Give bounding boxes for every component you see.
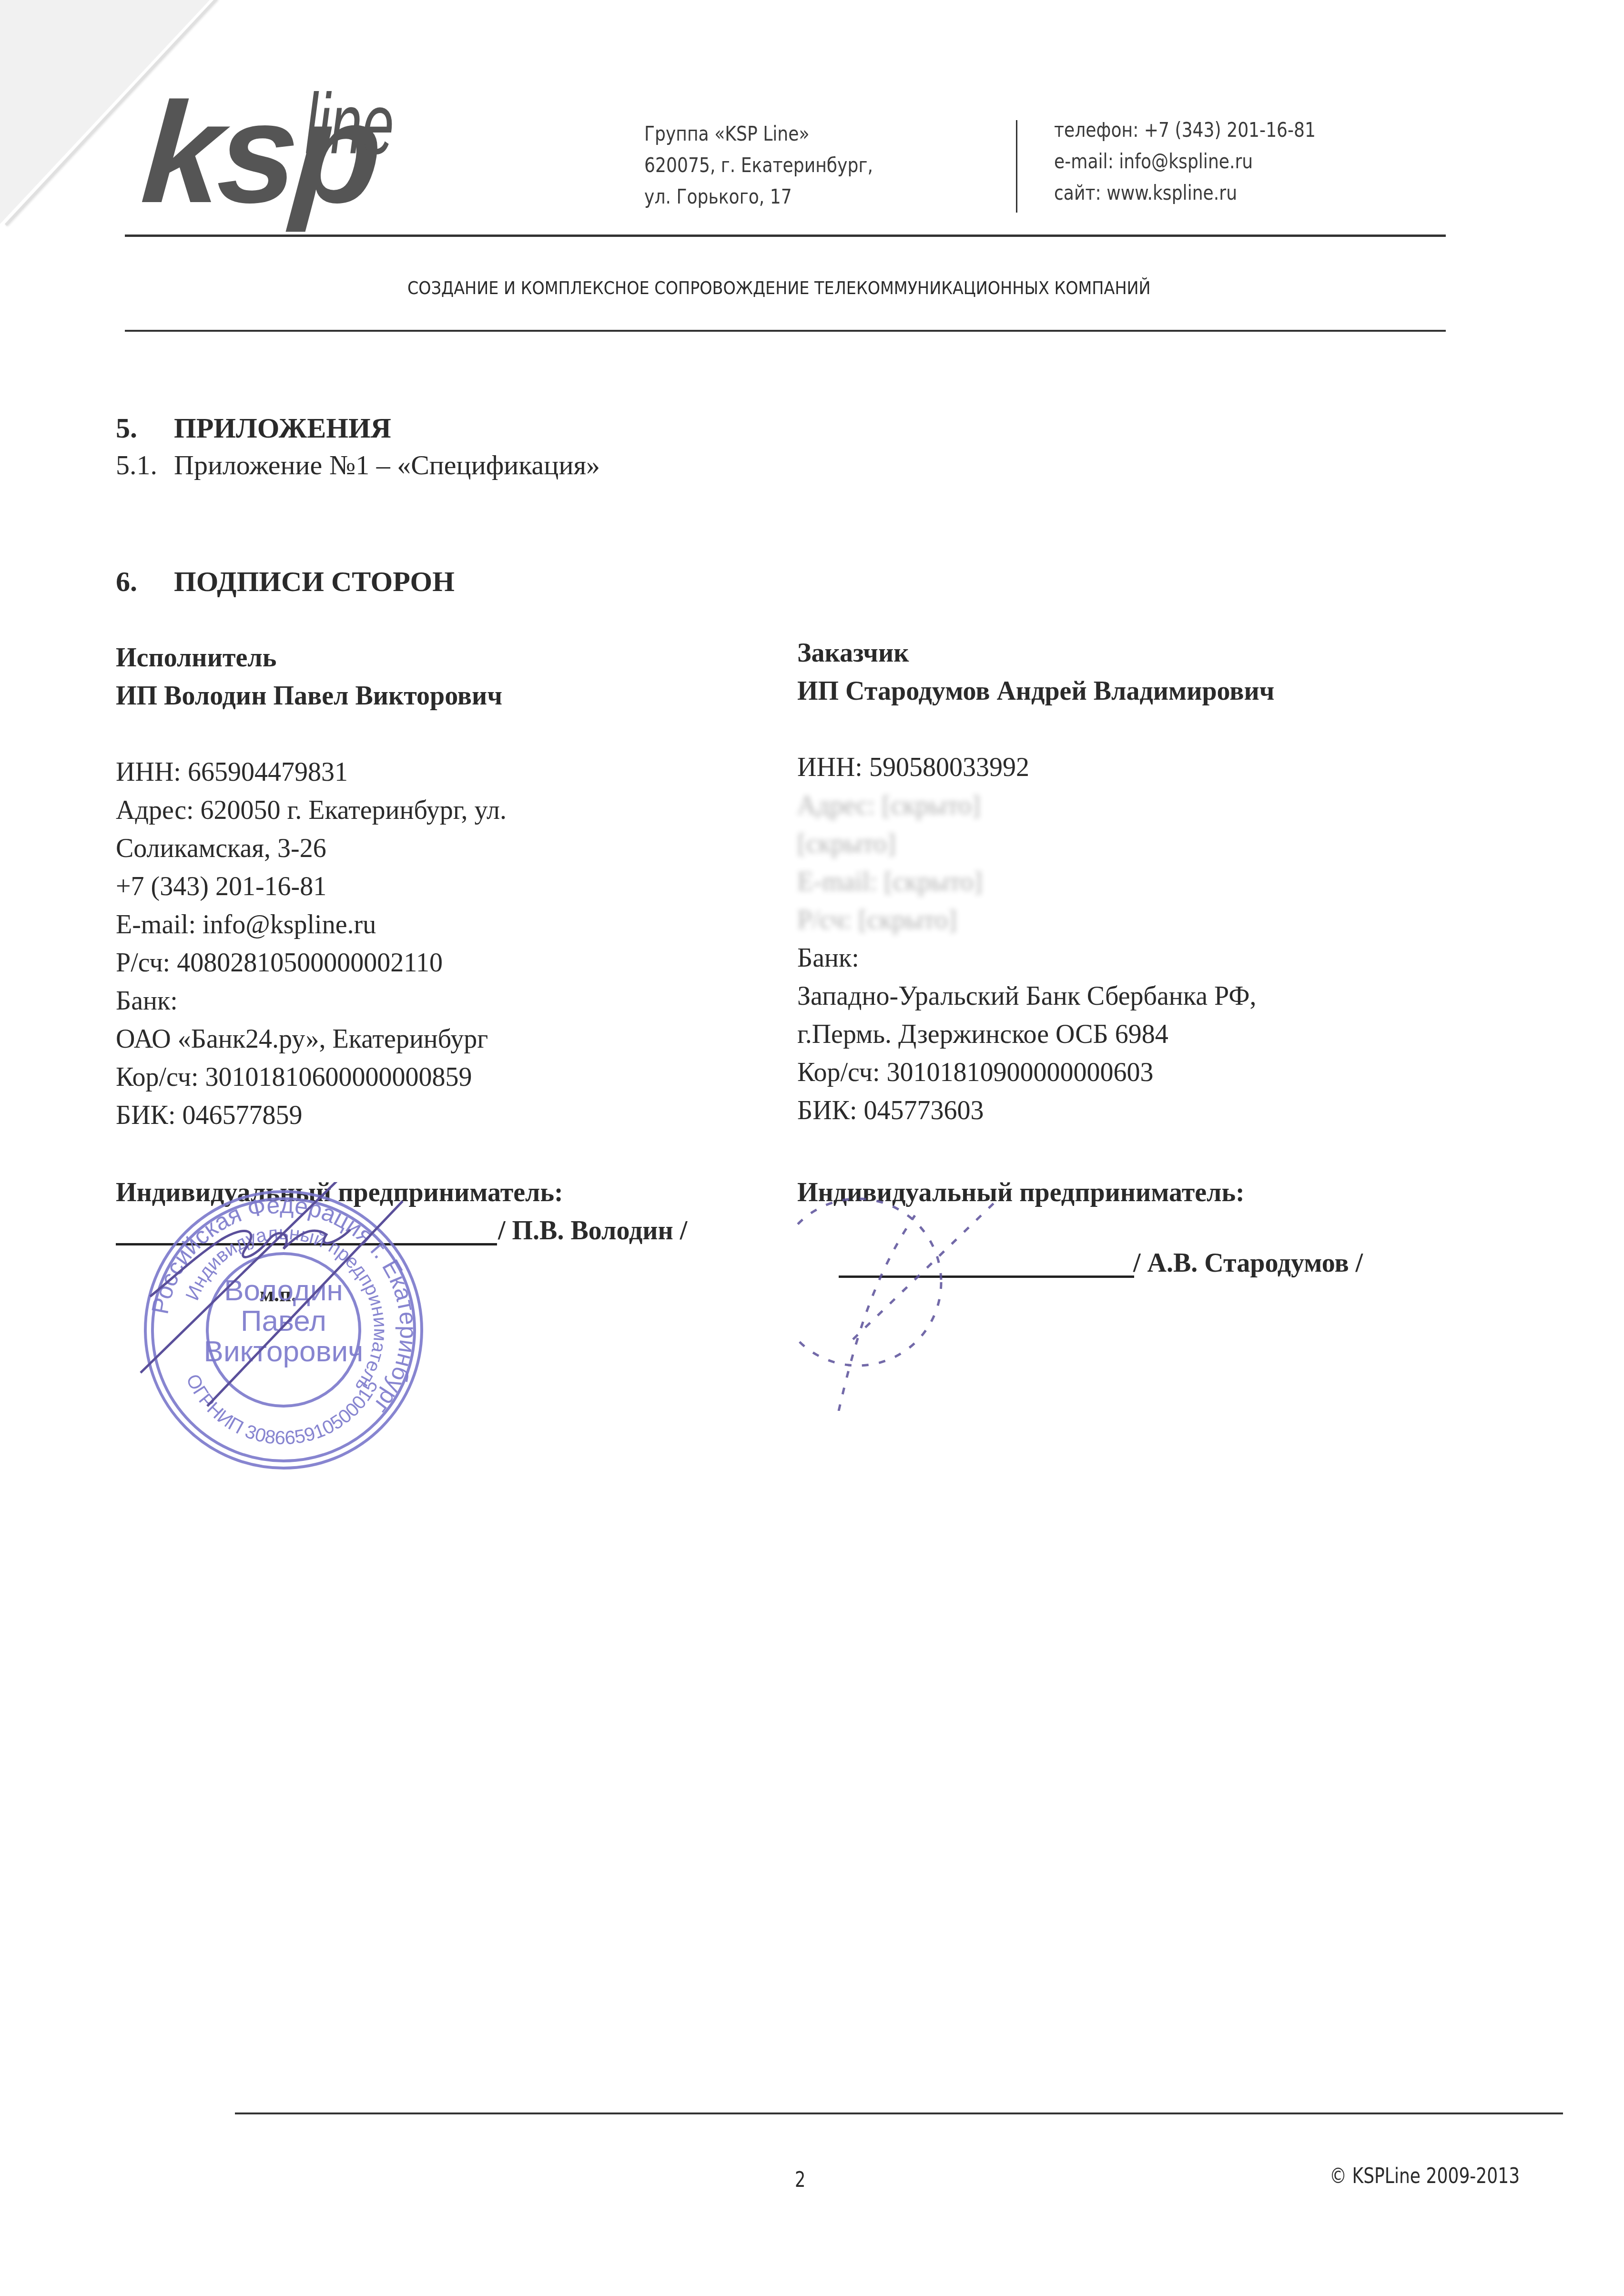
stamp-center-line-1: Володин [224,1274,343,1307]
stamp-center-line-2: Павел [241,1305,326,1337]
contractor-role: Исполнитель [116,639,507,677]
customer-bank-label: Банк: [797,939,1274,977]
customer-stamp-faded [796,1182,1063,1411]
contractor-bank-name: ОАО «Банк24.ру», Екатеринбург [116,1020,507,1058]
company-city: 620075, г. Екатеринбург, [644,150,873,181]
company-stamp: Российская Федерация г. Екатеринбург Инд… [136,1182,431,1478]
customer-address-1-redacted: Адрес: [скрыто] [797,786,1274,825]
company-tagline: СОЗДАНИЕ И КОМПЛЕКСНОЕ СОПРОВОЖДЕНИЕ ТЕЛ… [407,277,1151,298]
customer-bank-name-1: Западно-Уральский Банк Сбербанка РФ, [797,977,1274,1015]
logo-superscript: line [305,81,394,167]
appendix-item-text: Приложение №1 – «Спецификация» [174,449,600,480]
contractor-email: E-mail: info@kspline.ru [116,906,507,944]
section-title: ПРИЛОЖЕНИЯ [174,412,391,444]
customer-address-2-redacted: [скрыто] [797,825,1274,863]
contractor-details: Исполнитель ИП Володин Павел Викторович … [116,639,507,1134]
customer-bank-name-2: г.Пермь. Дзержинское ОСБ 6984 [797,1015,1274,1053]
section-number: 6. [116,567,174,596]
appendix-item-number: 5.1. [116,449,174,481]
company-name: Группа «KSP Line» [644,118,873,150]
section-appendices-heading: 5.ПРИЛОЖЕНИЯ [116,414,391,442]
contractor-address-2: Соликамская, 3-26 [116,829,507,867]
contractor-signature-name: / П.В. Володин / [498,1215,687,1246]
contractor-address-1: Адрес: 620050 г. Екатеринбург, ул. [116,791,507,829]
customer-inn: ИНН: 590580033992 [797,748,1274,786]
company-address-block: Группа «KSP Line» 620075, г. Екатеринбур… [644,118,873,213]
contractor-phone: +7 (343) 201-16-81 [116,867,507,906]
stamp-center-line-3: Викторович [204,1335,364,1368]
header-divider [1016,120,1017,213]
section-signatures-heading: 6.ПОДПИСИ СТОРОН [116,567,455,596]
customer-bik: БИК: 045773603 [797,1092,1274,1130]
contractor-bik: БИК: 046577859 [116,1096,507,1134]
customer-email-redacted: E-mail: [скрыто] [797,863,1274,901]
contractor-inn: ИНН: 665904479831 [116,753,507,791]
customer-details: Заказчик ИП Стародумов Андрей Владимиров… [797,634,1274,1130]
header-rule-bottom [125,330,1446,332]
customer-signature-name: / А.В. Стародумов / [1133,1248,1363,1278]
contractor-account: Р/сч: 40802810500000002110 [116,944,507,982]
customer-name: ИП Стародумов Андрей Владимирович [797,672,1274,710]
company-website: сайт: www.kspline.ru [1054,177,1316,209]
header-rule-top [125,235,1446,237]
contractor-bank-label: Банк: [116,982,507,1020]
footer-copyright: © KSPLine 2009-2013 [1330,2164,1520,2188]
customer-role: Заказчик [797,634,1274,672]
footer-rule [235,2112,1563,2114]
customer-corr-account: Кор/сч: 30101810900000000603 [797,1053,1274,1092]
company-street: ул. Горького, 17 [644,181,873,213]
company-email: e-mail: info@kspline.ru [1054,146,1316,177]
company-phone: телефон: +7 (343) 201-16-81 [1054,114,1316,146]
page-number: 2 [795,2168,805,2192]
appendix-item: 5.1.Приложение №1 – «Спецификация» [116,449,600,481]
contractor-name: ИП Володин Павел Викторович [116,677,507,715]
section-number: 5. [116,414,174,442]
contractor-corr-account: Кор/сч: 30101810600000000859 [116,1058,507,1096]
customer-account-redacted: Р/сч: [скрыто] [797,901,1274,939]
company-contact-block: телефон: +7 (343) 201-16-81 e-mail: info… [1054,114,1316,209]
section-title: ПОДПИСИ СТОРОН [174,566,455,597]
